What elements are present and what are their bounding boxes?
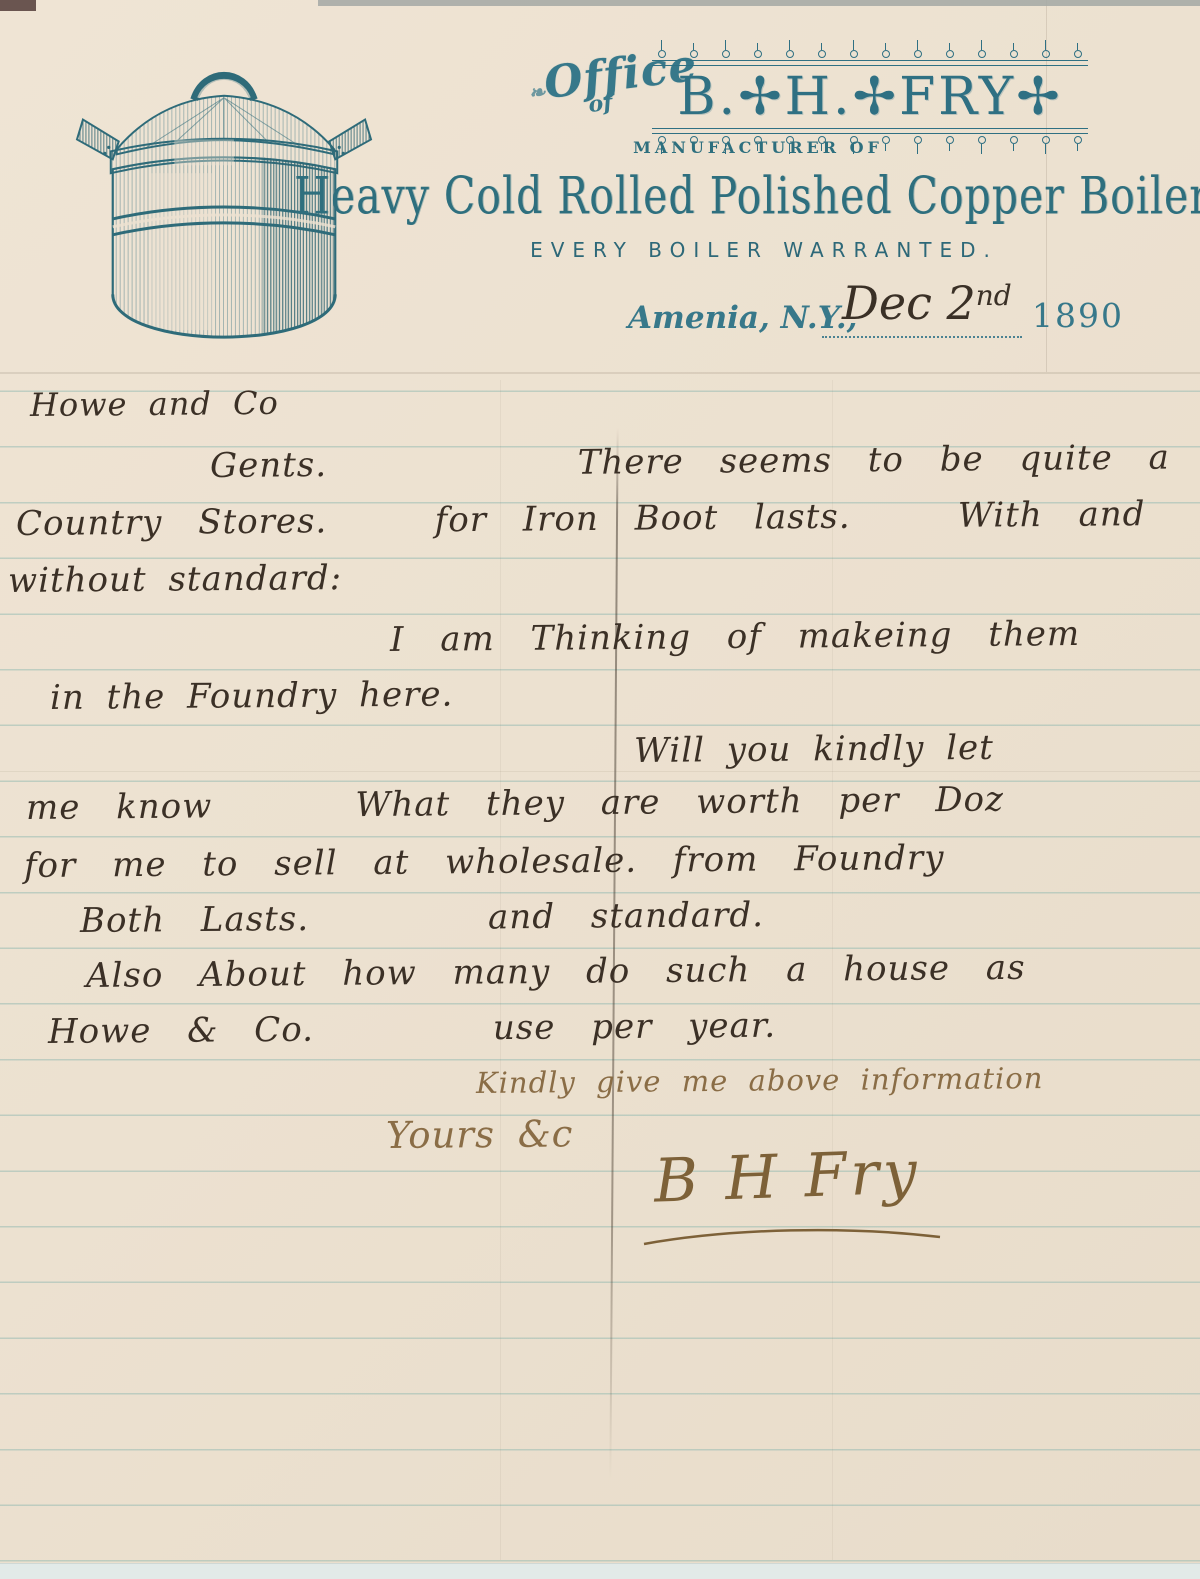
horizontal-fold-crease [0,372,1200,374]
horizontal-fold-crease [0,771,1200,772]
handwritten-line: in the Foundry here. [50,674,454,718]
recipient-line: Howe and Co [30,384,279,424]
handwritten-line: I am Thinking of makeing them [390,614,1081,660]
ornament-rule [652,128,1088,134]
scan-edge-artifact [318,0,1200,6]
scan-edge-artifact [0,0,36,11]
place-line: Amenia, N.Y., [628,300,857,336]
company-name: B.✢H.✢FRY✢ [652,68,1088,126]
product-line: Heavy Cold Rolled Polished Copper Boiler… [294,166,1200,226]
handwritten-line: without standard: [8,558,343,601]
handwritten-date: Dec 2nd [842,276,1012,330]
manufacturer-of-line: MANUFACTURER OF [633,138,883,157]
closing-line: Yours &c [386,1112,574,1157]
ornament-rule [652,60,1088,66]
handwritten-line: Country Stores. for Iron Boot lasts. Wit… [16,494,1146,544]
handwritten-line: Also About how many do such a house as [86,948,1026,996]
letter-scan: ❧Office of B.✢H.✢FRY✢ MANUFACTURER OF He… [0,0,1200,1579]
handwritten-line: for me to sell at wholesale. from Foundr… [24,838,945,886]
handwritten-line: Both Lasts. and standard. [80,895,764,941]
handwritten-line: Will you kindly let [634,728,994,771]
scan-edge-artifact [0,1563,1200,1579]
date-dotted-rule [822,336,1022,338]
year: 1890 [1032,296,1124,335]
date-suffix: nd [976,279,1012,312]
handwritten-line: Kindly give me above information [476,1061,1044,1100]
warranty-line: EVERY BOILER WARRANTED. [530,238,998,262]
company-masthead: B.✢H.✢FRY✢ [652,44,1088,150]
pin-ornament-row-top [652,44,1088,58]
signature-underline-flourish [638,1224,948,1250]
signature: B H Fry [653,1137,922,1216]
handwritten-line: Howe & Co. use per year. [48,1006,776,1052]
flourish-ornament: ❧ [527,79,547,105]
handwritten-line: me know What they are worth per Doz [26,779,1004,828]
handwritten-line: Gents. There seems to be quite a sale fr… [210,436,1200,486]
date-main: Dec 2 [842,276,976,330]
